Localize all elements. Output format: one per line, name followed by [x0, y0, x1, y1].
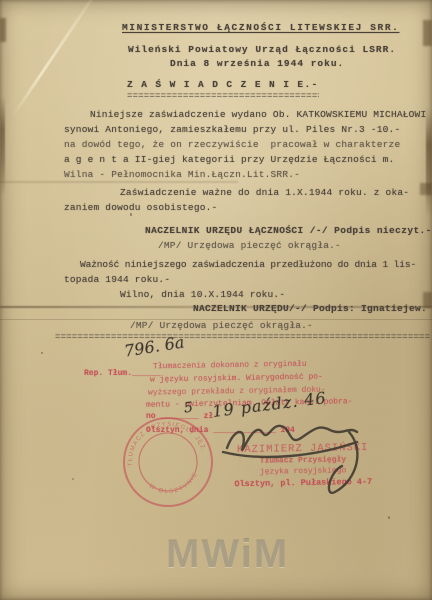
left-edge-streak	[0, 96, 5, 196]
diagonal-crease	[12, 0, 98, 117]
stamp-text-line: w języku rosyjskim. Wiarygodność po-	[150, 372, 323, 384]
signature-stroke	[205, 392, 385, 512]
left-edge-spot	[0, 18, 6, 42]
paper-speck-1	[130, 213, 132, 216]
typed-divider: ========================================…	[55, 332, 430, 342]
body-line: synowi Antoniego, zamieszkałemu przy ul.…	[64, 124, 400, 135]
paper-speck-3	[388, 516, 390, 519]
office-date-line: Dnia 8 września 1944 roku.	[170, 58, 344, 69]
right-edge-spot-mid	[420, 183, 432, 195]
paper-speck-4	[72, 478, 74, 480]
body-line: zaniem dowodu osobistego.-	[64, 202, 217, 213]
signature-line-chief: NACZELNIK URZĘDU ŁĄCZNOŚCI /-/ Podpis ni…	[145, 225, 432, 236]
body-line: a g e n t a II-giej kategorii przy Urzęd…	[64, 154, 394, 165]
archive-watermark: MWiM	[166, 532, 289, 577]
signature-line-seal-note2: /MP/ Urzędowa pieczęć okrągła.-	[130, 320, 313, 331]
horizontal-crease-upper	[0, 181, 238, 183]
ministry-line: MINISTERSTWO ŁĄCZNOŚCI LITEWSKIEJ SRR.	[122, 22, 399, 33]
signature-line-seal-note: /MP/ Urzędowa pieczęć okrągła.-	[158, 240, 341, 251]
document-photo: MINISTERSTWO ŁĄCZNOŚCI LITEWSKIEJ SRR. W…	[0, 0, 432, 600]
signature-line-chief2: NACZELNIK URZĘDU/-/ Podpis: Ignatiejew.	[193, 303, 427, 314]
right-edge-streak	[426, 108, 432, 216]
body-line: Niniejsze zaświadczenie wydano Ob. KATKO…	[90, 109, 426, 120]
body-line: Wilno, dnia 10.X.1944 roku.-	[120, 289, 285, 300]
body-line: na dowód tego, że on rzeczywiście pracow…	[64, 139, 400, 150]
body-line: Zaświadczenie ważne do dnia 1.X.1944 rok…	[120, 187, 409, 198]
body-line: Wilna - Pełnomocnika Min.Łączn.Lit.SRR.-	[64, 169, 300, 180]
right-edge-spot-top	[423, 20, 432, 46]
office-line: Wileński Powiatowy Urząd Łączności LSRR.	[128, 44, 396, 55]
body-line: Ważność niniejszego zaświadczenia przedł…	[80, 259, 416, 270]
title-underline: ========================================	[127, 91, 319, 101]
paper-speck-2	[41, 352, 43, 354]
stamp-text-line: Tłumaczenia dokonano z oryginału	[153, 360, 307, 372]
certificate-title: Z A Ś W I A D C Z E N I E.-	[127, 79, 319, 90]
body-line: topada 1944 roku.-	[64, 274, 170, 285]
round-stamp-bottom-text: W OLSZTYNIE	[146, 470, 202, 500]
svg-text:W OLSZTYNIE: W OLSZTYNIE	[146, 470, 202, 500]
